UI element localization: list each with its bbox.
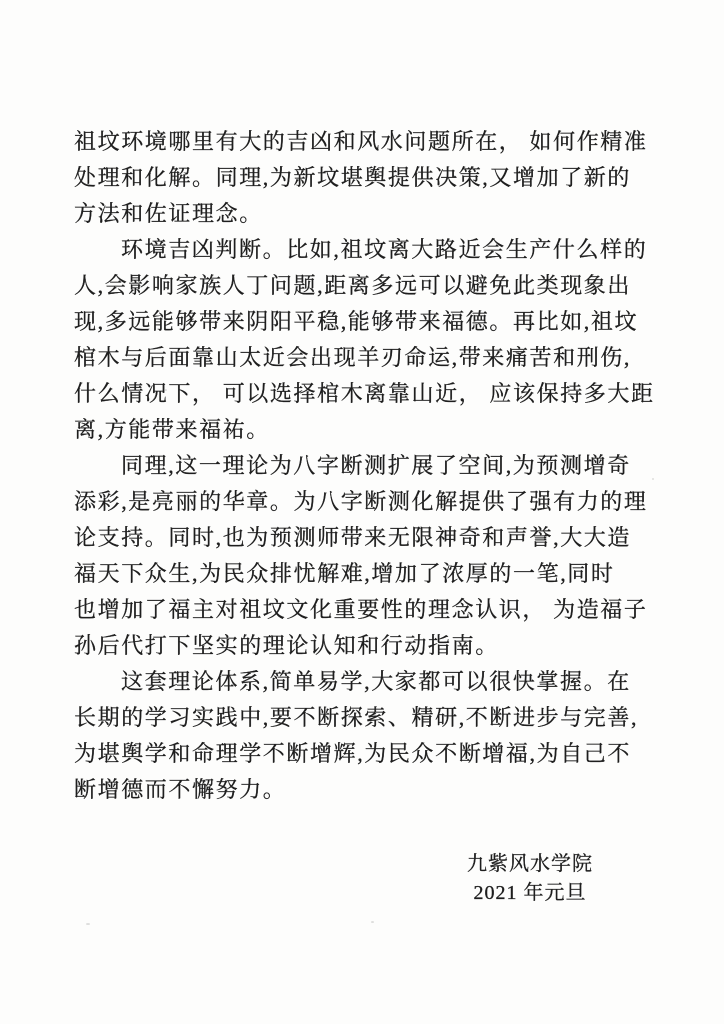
text-line: 同理,这一理论为八字断测扩展了空间,为预测增奇	[74, 448, 649, 484]
text-line: 这套理论体系,简单易学,大家都可以很快掌握。在	[74, 664, 649, 700]
signature-date: 2021 年元旦	[440, 879, 620, 908]
text-line: 处理和化解。同理,为新坟堪舆提供决策,又增加了新的	[74, 160, 649, 196]
text-line: 现,多远能够带来阴阳平稳,能够带来福德。再比如,祖坟	[74, 304, 649, 340]
scan-speck	[371, 921, 374, 923]
scanned-document-page: 祖坟环境哪里有大的吉凶和风水问题所在， 如何作精准 处理和化解。同理,为新坟堪舆…	[0, 0, 724, 1024]
paragraph: 环境吉凶判断。比如,祖坟离大路近会生产什么样的 人,会影响家族人丁问题,距离多远…	[74, 232, 649, 448]
signature-name: 九紫风水学院	[440, 850, 620, 879]
scan-speck	[86, 923, 90, 925]
paragraph: 这套理论体系,简单易学,大家都可以很快掌握。在 长期的学习实践中,要不断探索、精…	[74, 664, 649, 808]
text-line: 为堪舆学和命理学不断增辉,为民众不断增福,为自己不	[74, 736, 649, 772]
text-line: 孙后代打下坚实的理论认知和行动指南。	[74, 628, 649, 664]
body-text: 祖坟环境哪里有大的吉凶和风水问题所在， 如何作精准 处理和化解。同理,为新坟堪舆…	[74, 124, 649, 808]
text-line: 论支持。同时,也为预测师带来无限神奇和声誉,大大造	[74, 520, 649, 556]
paragraph: 祖坟环境哪里有大的吉凶和风水问题所在， 如何作精准 处理和化解。同理,为新坟堪舆…	[74, 124, 649, 232]
text-line: 添彩,是亮丽的华章。为八字断测化解提供了强有力的理	[74, 484, 649, 520]
text-line: 断增德而不懈努力。	[74, 772, 649, 808]
text-line: 人,会影响家族人丁问题,距离多远可以避免此类现象出	[74, 268, 649, 304]
text-line: 长期的学习实践中,要不断探索、精研,不断进步与完善,	[74, 700, 649, 736]
text-line: 棺木与后面靠山太近会出现羊刃命运,带来痛苦和刑伤,	[74, 340, 649, 376]
text-line: 离,方能带来福祐。	[74, 412, 649, 448]
signature: 九紫风水学院 2021 年元旦	[440, 850, 620, 908]
text-line: 福天下众生,为民众排忧解难,增加了浓厚的一笔,同时	[74, 556, 649, 592]
paragraph: 同理,这一理论为八字断测扩展了空间,为预测增奇 添彩,是亮丽的华章。为八字断测化…	[74, 448, 649, 664]
text-line: 环境吉凶判断。比如,祖坟离大路近会生产什么样的	[74, 232, 649, 268]
text-line: 祖坟环境哪里有大的吉凶和风水问题所在， 如何作精准	[74, 124, 649, 160]
scan-speck	[652, 478, 654, 480]
scan-speck	[164, 389, 167, 391]
text-line: 也增加了福主对祖坟文化重要性的理念认识， 为造福子	[74, 592, 649, 628]
text-line: 什么情况下， 可以选择棺木离靠山近， 应该保持多大距	[74, 376, 649, 412]
text-line: 方法和佐证理念。	[74, 196, 649, 232]
